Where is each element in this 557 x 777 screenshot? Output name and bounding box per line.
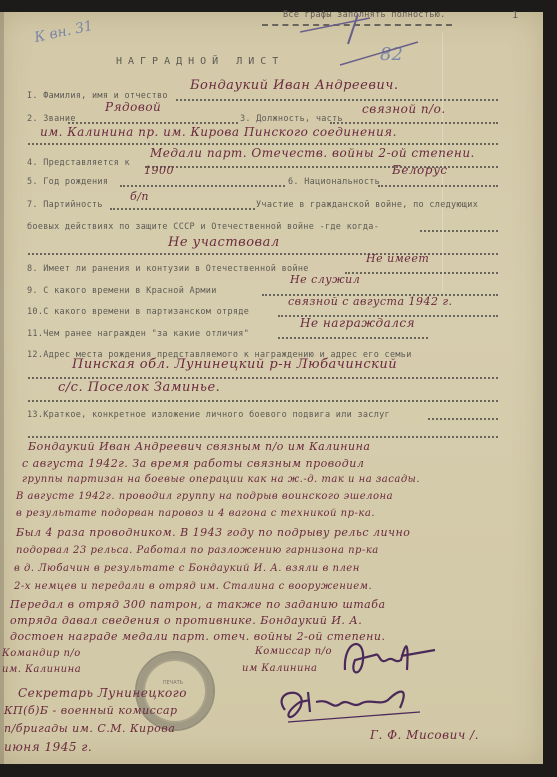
- field-8-value: Не имеет: [366, 252, 429, 265]
- narrative-line: 2-х немцев и передали в отряд им. Сталин…: [14, 581, 372, 592]
- field-6-line: [378, 185, 498, 187]
- field-10-value: связной с августа 1942 г.: [288, 295, 453, 308]
- narrative-line: Был 4 раза проводником. В 1943 году по п…: [16, 526, 410, 539]
- narrative-line: Передал в отряд 300 патрон, а также по з…: [10, 598, 386, 611]
- narrative-line: в д. Любачин в результате с Бондаукий И.…: [14, 563, 360, 574]
- field-12-value: Пинская обл. Лунинецкий р-н Любачинский: [72, 357, 397, 372]
- field-7b-value: Не участвовал: [168, 235, 280, 250]
- field-13-label: 13.Краткое, конкретное изложение личного…: [27, 410, 390, 420]
- narrative-line: отряда давал сведения о противнике. Бонд…: [10, 614, 362, 627]
- field-9-label: 9. С какого времени в Красной Армии: [27, 286, 217, 296]
- field-3-line: [330, 122, 498, 124]
- field-4-value: Медали парт. Отечеств. войны 2-ой степен…: [150, 146, 475, 160]
- field-3-label: 3. Должность, часть: [240, 114, 343, 124]
- commissar-label-1: Комиссар п/о: [255, 646, 332, 657]
- field-1-value: Бондаукий Иван Андреевич.: [190, 78, 398, 93]
- field-5-line: [120, 185, 285, 187]
- field-9-value: Не служил: [290, 273, 360, 286]
- field-2-line: [68, 122, 238, 124]
- field-12-line: [28, 377, 498, 379]
- field-12-line-2: [28, 400, 498, 402]
- commissar-signature-2-icon: [270, 680, 440, 730]
- field-12-value-cont: с/с. Поселок Заминье.: [58, 380, 220, 395]
- field-13-line: [428, 418, 498, 420]
- commander-label-1: Командир п/о: [2, 648, 81, 659]
- field-5-label: 5. Год рождения: [27, 177, 108, 187]
- signer-name: Г. Ф. Мисович /.: [370, 728, 479, 742]
- field-13-line-2: [28, 436, 498, 438]
- field-7-label: 7. Партийность: [27, 200, 103, 210]
- field-7b-label-cont: боевых действиях по защите СССР и Отечес…: [27, 222, 379, 232]
- field-6-value: Белорус: [392, 163, 448, 177]
- field-7-line: [110, 208, 255, 210]
- narrative-line: достоен награде медали парт. отеч. войны…: [10, 630, 386, 643]
- field-3-value: связной п/о.: [362, 102, 446, 116]
- field-4-label: 4. Представляется к: [27, 158, 130, 168]
- field-10-label: 10.С какого времени в партизанском отряд…: [27, 307, 249, 317]
- date: июня 1945 г.: [4, 740, 92, 754]
- field-11-line: [278, 337, 428, 339]
- field-7b-line: [420, 230, 498, 232]
- narrative-line: Бондаукий Иван Андреевич связным п/о им …: [28, 440, 370, 453]
- field-7-value: б/п: [130, 190, 149, 203]
- commissar-label-2: им Калинина: [242, 663, 318, 674]
- field-8-label: 8. Имеет ли ранения и контузии в Отечест…: [27, 264, 309, 274]
- field-6-label: 6. Национальность: [288, 177, 380, 187]
- corner-mark: 1: [512, 10, 518, 21]
- field-1-line: [176, 99, 498, 101]
- field-11-value: Не награждался: [300, 316, 415, 330]
- narrative-line: в результате подорван паровоз и 4 вагона…: [16, 508, 375, 519]
- secretary-line-2: КП(б)Б - военный комиссар: [4, 704, 178, 717]
- secretary-line-3: п/бригады им. С.М. Кирова: [4, 722, 175, 735]
- narrative-line: с августа 1942г. За время работы связным…: [22, 457, 364, 470]
- pencil-strike-icon: [300, 10, 460, 70]
- secretary-line-1: Секретарь Лунинецкого: [18, 686, 187, 700]
- field-11-label: 11.Чем ранее награжден "за какие отличия…: [27, 329, 249, 339]
- field-3-value-cont: им. Калинина пр. им. Кирова Пинского сое…: [40, 125, 397, 139]
- narrative-line: подорвал 23 рельса. Работал по разложени…: [16, 545, 379, 556]
- field-5-value: 1900: [144, 164, 174, 177]
- page-title: НАГРАДНОЙ ЛИСТ: [116, 56, 284, 67]
- narrative-line: В августе 1942г. проводил группу на подр…: [16, 491, 393, 502]
- field-8-line: [345, 272, 498, 274]
- field-7b-label: Участие в гражданской войне, по следующи…: [256, 200, 478, 210]
- field-3-line-2: [28, 143, 498, 145]
- commissar-signature-icon: [335, 630, 445, 685]
- field-2-value: Рядовой: [105, 100, 161, 114]
- commander-label-2: им. Калинина: [2, 664, 81, 675]
- narrative-line: группы партизан на боевые операции как н…: [22, 474, 420, 485]
